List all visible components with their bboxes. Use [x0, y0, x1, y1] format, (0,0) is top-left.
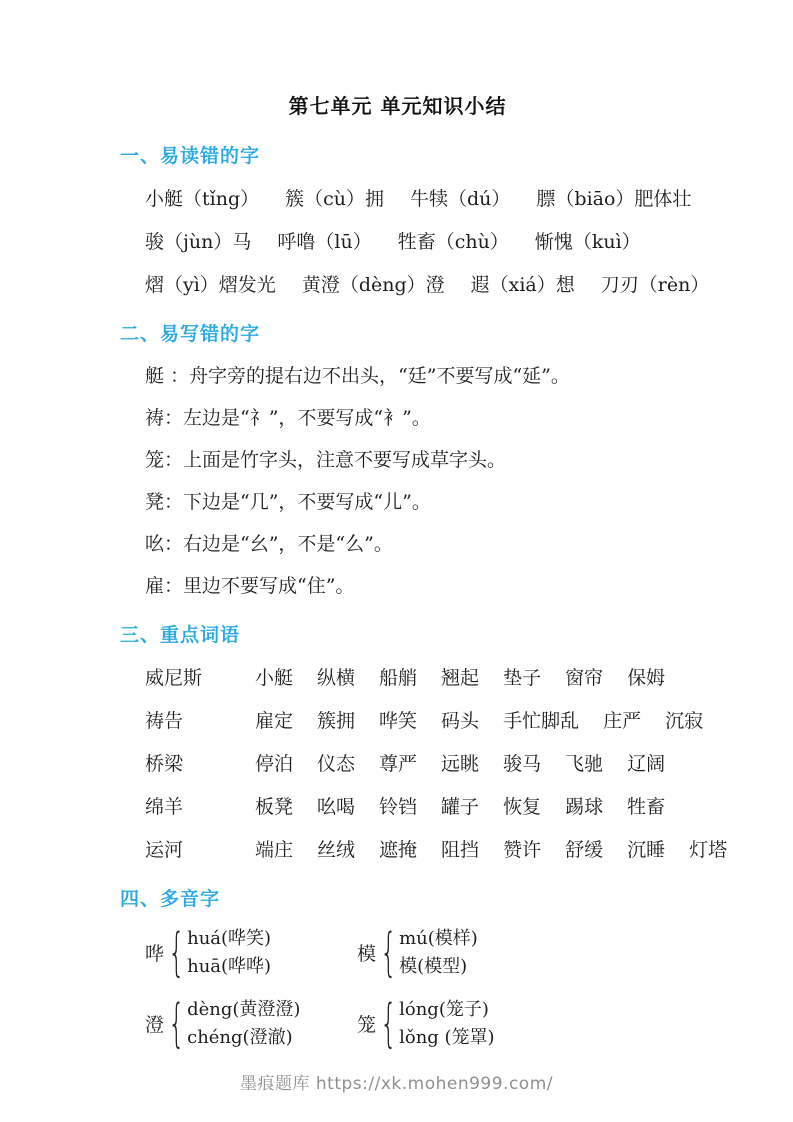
polyphone-character: 哗 — [145, 939, 164, 966]
word-item: 阻挡 — [441, 839, 479, 861]
miswritten-note: 笼：上面是竹字头，注意不要写成草字头。 — [145, 449, 675, 471]
polyphone-group: 哗 { huá(哗笑) huā(哗哗) — [145, 926, 357, 979]
reading: mú(模样) — [399, 926, 478, 951]
word-item: 哗笑 — [379, 710, 417, 732]
word-item: 板凳 — [255, 796, 293, 818]
word-item: 罐子 — [441, 796, 479, 818]
word-item: 桥梁 — [145, 753, 231, 775]
reading: lǒng (笼罩) — [399, 1025, 494, 1050]
word-item: 遐（xiá）想 — [471, 274, 575, 296]
word-item: 运河 — [145, 839, 231, 861]
word-item: 沉睡 — [627, 839, 665, 861]
miswritten-note: 雇：里边不要写成“住”。 — [145, 575, 675, 597]
word-item: 尊严 — [379, 753, 417, 775]
word-item: 庄严 — [603, 710, 641, 732]
polyphone-group: 模 { mú(模样) 模(模型) — [357, 926, 675, 979]
word-item: 翘起 — [441, 667, 479, 689]
polyphone-group: 笼 { lóng(笼子) lǒng (笼罩) — [357, 997, 675, 1050]
miswritten-note: 祷：左边是“礻”，不要写成“衤”。 — [145, 407, 675, 429]
polyphone-character: 模 — [357, 939, 376, 966]
word-item: 辽阔 — [627, 753, 665, 775]
brace-glyph: { — [380, 998, 397, 1050]
word-item: 恢复 — [503, 796, 541, 818]
word-item: 窗帘 — [565, 667, 603, 689]
brace-glyph: { — [380, 927, 397, 979]
reading: dèng(黄澄澄) — [187, 997, 300, 1022]
polyphone-grid: 哗 { huá(哗笑) huā(哗哗) 模 { mú(模样) 模(模型) 澄 { — [145, 926, 675, 1050]
reading: huā(哗哗) — [187, 954, 271, 979]
polyphone-group: 澄 { dèng(黄澄澄) chéng(澄澈) — [145, 997, 357, 1050]
word-item: 熠（yì）熠发光 — [145, 274, 276, 296]
word-item: 停泊 — [255, 753, 293, 775]
word-item: 牛犊（dú） — [410, 188, 510, 210]
word-item: 牲畜（chù） — [398, 231, 509, 253]
section-4-heading: 四、多音字 — [120, 888, 675, 910]
section-key-words: 三、重点词语 威尼斯小艇纵横船艄翘起垫子窗帘保姆 祷告雇定簇拥哗笑码头手忙脚乱庄… — [120, 624, 675, 861]
polyphone-readings: huá(哗笑) huā(哗哗) — [187, 926, 271, 979]
word-item: 簇（cù）拥 — [285, 188, 384, 210]
doc-title: 第七单元 单元知识小结 — [120, 94, 675, 118]
word-item: 雇定 — [255, 710, 293, 732]
word-item: 骏（jùn）马 — [145, 231, 251, 253]
word-item: 端庄 — [255, 839, 293, 861]
word-item: 铃铛 — [379, 796, 417, 818]
word-item: 威尼斯 — [145, 667, 231, 689]
word-item: 灯塔 — [689, 839, 727, 861]
word-item: 远眺 — [441, 753, 479, 775]
section-polyphonic-characters: 四、多音字 哗 { huá(哗笑) huā(哗哗) 模 { mú(模样) 模(模… — [120, 888, 675, 1050]
word-item: 飞驰 — [565, 753, 603, 775]
reading: chéng(澄澈) — [187, 1025, 300, 1050]
section-1-heading: 一、易读错的字 — [120, 145, 675, 167]
polyphone-readings: mú(模样) 模(模型) — [399, 926, 478, 979]
section-3-heading: 三、重点词语 — [120, 624, 675, 646]
word-item: 垫子 — [503, 667, 541, 689]
polyphone-readings: lóng(笼子) lǒng (笼罩) — [399, 997, 494, 1050]
misread-line: 熠（yì）熠发光黄澄（dèng）澄遐（xiá）想刀刃（rèn） — [145, 274, 675, 296]
word-item: 膘（biāo）肥体壮 — [536, 188, 691, 210]
polyphone-character: 澄 — [145, 1010, 164, 1037]
word-item: 舒缓 — [565, 839, 603, 861]
reading: 模(模型) — [399, 954, 478, 979]
reading: huá(哗笑) — [187, 926, 271, 951]
section-misread-characters: 一、易读错的字 小艇（tǐng）簇（cù）拥牛犊（dú）膘（biāo）肥体壮 骏… — [120, 145, 675, 296]
footer-site-credit: 墨痕题库 https://xk.mohen999.com/ — [0, 1069, 793, 1094]
miswritten-note: 吆：右边是“幺”，不是“么”。 — [145, 533, 675, 555]
word-item: 簇拥 — [317, 710, 355, 732]
word-item: 遮掩 — [379, 839, 417, 861]
word-item: 码头 — [441, 710, 479, 732]
worksheet-page: 第七单元 单元知识小结 一、易读错的字 小艇（tǐng）簇（cù）拥牛犊（dú）… — [0, 0, 793, 1122]
word-item: 丝绒 — [317, 839, 355, 861]
polyphone-character: 笼 — [357, 1010, 376, 1037]
word-item: 呼噜（lū） — [277, 231, 371, 253]
key-words-row: 绵羊板凳吆喝铃铛罐子恢复踢球牲畜 — [145, 796, 675, 818]
miswritten-note: 艇 ：舟字旁的提右边不出头，“廷”不要写成“延”。 — [145, 365, 675, 387]
word-item: 牲畜 — [627, 796, 665, 818]
misread-line: 小艇（tǐng）簇（cù）拥牛犊（dú）膘（biāo）肥体壮 — [145, 188, 675, 210]
misread-line: 骏（jùn）马呼噜（lū）牲畜（chù）惭愧（kuì） — [145, 231, 675, 253]
word-item: 赞许 — [503, 839, 541, 861]
section-miswritten-characters: 二、易写错的字 艇 ：舟字旁的提右边不出头，“廷”不要写成“延”。 祷：左边是“… — [120, 323, 675, 597]
word-item: 船艄 — [379, 667, 417, 689]
word-item: 祷告 — [145, 710, 231, 732]
word-item: 仪态 — [317, 753, 355, 775]
word-item: 踢球 — [565, 796, 603, 818]
key-words-row: 桥梁停泊仪态尊严远眺骏马飞驰辽阔 — [145, 753, 675, 775]
word-item: 刀刃（rèn） — [601, 274, 710, 296]
word-item: 手忙脚乱 — [503, 710, 579, 732]
brace-glyph: { — [168, 998, 185, 1050]
word-item: 绵羊 — [145, 796, 231, 818]
word-item: 吆喝 — [317, 796, 355, 818]
key-words-row: 威尼斯小艇纵横船艄翘起垫子窗帘保姆 — [145, 667, 675, 689]
reading: lóng(笼子) — [399, 997, 494, 1022]
word-item: 小艇（tǐng） — [145, 188, 259, 210]
key-words-row: 祷告雇定簇拥哗笑码头手忙脚乱庄严沉寂 — [145, 710, 675, 732]
brace-glyph: { — [168, 927, 185, 979]
word-item: 骏马 — [503, 753, 541, 775]
word-item: 黄澄（dèng）澄 — [302, 274, 445, 296]
section-2-heading: 二、易写错的字 — [120, 323, 675, 345]
word-item: 沉寂 — [665, 710, 703, 732]
word-item: 小艇 — [255, 667, 293, 689]
word-item: 纵横 — [317, 667, 355, 689]
word-item: 惭愧（kuì） — [535, 231, 641, 253]
polyphone-readings: dèng(黄澄澄) chéng(澄澈) — [187, 997, 300, 1050]
word-item: 保姆 — [627, 667, 665, 689]
miswritten-note: 凳：下边是“几”，不要写成“儿”。 — [145, 491, 675, 513]
key-words-row: 运河端庄丝绒遮掩阻挡赞许舒缓沉睡灯塔 — [145, 839, 675, 861]
